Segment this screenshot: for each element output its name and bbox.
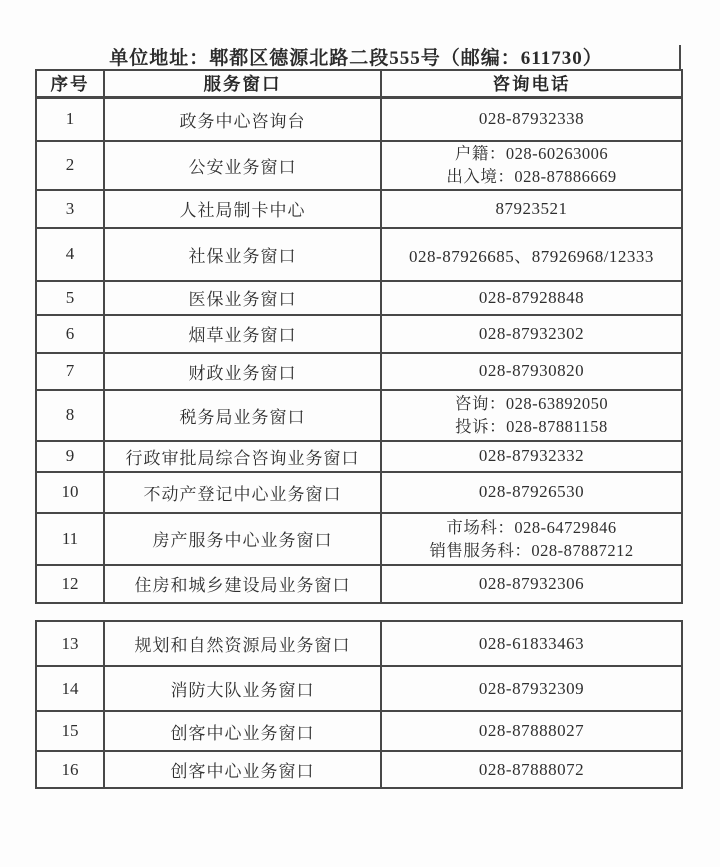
row-number: 2 xyxy=(36,141,104,190)
table-row: 12住房和城乡建设局业务窗口028-87932306 xyxy=(36,565,682,603)
table-row: 11房产服务中心业务窗口市场科：028-64729846销售服务科：028-87… xyxy=(36,513,682,565)
phone-number: 出入境：028-87886669 xyxy=(382,165,681,188)
phone-number: 028-87932309 xyxy=(382,679,681,699)
row-number: 12 xyxy=(36,565,104,603)
service-window-name: 房产服务中心业务窗口 xyxy=(104,513,381,565)
service-window-name: 烟草业务窗口 xyxy=(104,315,381,353)
row-number: 9 xyxy=(36,441,104,472)
phone-cell: 市场科：028-64729846销售服务科：028-87887212 xyxy=(381,513,682,565)
phone-number: 028-87932306 xyxy=(382,574,681,594)
service-window-name: 医保业务窗口 xyxy=(104,281,381,315)
column-header-phone: 咨询电话 xyxy=(381,70,682,98)
table-row: 16创客中心业务窗口028-87888072 xyxy=(36,751,682,788)
service-window-name: 消防大队业务窗口 xyxy=(104,666,381,711)
unit-address-line: 单位地址：郫都区德源北路二段555号（邮编：611730） xyxy=(0,43,712,70)
phone-number: 87923521 xyxy=(382,199,681,219)
phone-number: 咨询：028-63892050 xyxy=(382,392,681,415)
row-number: 3 xyxy=(36,190,104,228)
column-header-number: 序号 xyxy=(36,70,104,98)
phone-number: 028-87888072 xyxy=(382,760,681,780)
phone-cell: 028-87926685、87926968/12333 xyxy=(381,228,682,281)
phone-cell: 028-87888072 xyxy=(381,751,682,788)
phone-number: 市场科：028-64729846 xyxy=(382,516,681,539)
service-window-name: 创客中心业务窗口 xyxy=(104,711,381,751)
phone-cell: 028-87932302 xyxy=(381,315,682,353)
phone-number: 028-87930820 xyxy=(382,361,681,381)
phone-number: 028-87932302 xyxy=(382,324,681,344)
table-row: 1政务中心咨询台028-87932338 xyxy=(36,98,682,141)
phone-number: 028-87926685、87926968/12333 xyxy=(382,242,681,267)
phone-number: 028-87932338 xyxy=(382,109,681,129)
phone-cell: 028-87932338 xyxy=(381,98,682,141)
service-window-name: 财政业务窗口 xyxy=(104,353,381,390)
row-number: 4 xyxy=(36,228,104,281)
phone-cell: 87923521 xyxy=(381,190,682,228)
table-row: 7财政业务窗口028-87930820 xyxy=(36,353,682,390)
row-number: 10 xyxy=(36,472,104,513)
service-window-name: 税务局业务窗口 xyxy=(104,390,381,441)
service-window-name: 行政审批局综合咨询业务窗口 xyxy=(104,441,381,472)
phone-number: 028-87926530 xyxy=(382,482,681,502)
phone-cell: 028-61833463 xyxy=(381,621,682,666)
phone-cell: 028-87932306 xyxy=(381,565,682,603)
phone-number: 户籍：028-60263006 xyxy=(382,142,681,165)
phone-number: 028-61833463 xyxy=(382,634,681,654)
document-page: 单位地址：郫都区德源北路二段555号（邮编：611730） 序号 服务窗口 咨询… xyxy=(0,0,720,867)
service-phone-table-upper: 序号 服务窗口 咨询电话 1政务中心咨询台028-879323382公安业务窗口… xyxy=(35,69,683,604)
table-row: 4社保业务窗口028-87926685、87926968/12333 xyxy=(36,228,682,281)
phone-cell: 028-87932309 xyxy=(381,666,682,711)
phone-cell: 咨询：028-63892050投诉：028-87881158 xyxy=(381,390,682,441)
service-window-name: 规划和自然资源局业务窗口 xyxy=(104,621,381,666)
phone-cell: 028-87930820 xyxy=(381,353,682,390)
service-window-name: 住房和城乡建设局业务窗口 xyxy=(104,565,381,603)
phone-cell: 028-87932332 xyxy=(381,441,682,472)
row-number: 11 xyxy=(36,513,104,565)
phone-cell: 028-87926530 xyxy=(381,472,682,513)
phone-number: 028-87932332 xyxy=(382,446,681,466)
row-number: 5 xyxy=(36,281,104,315)
service-window-name: 社保业务窗口 xyxy=(104,228,381,281)
service-window-name: 创客中心业务窗口 xyxy=(104,751,381,788)
row-number: 8 xyxy=(36,390,104,441)
table-row: 10不动产登记中心业务窗口028-87926530 xyxy=(36,472,682,513)
table-row: 15创客中心业务窗口028-87888027 xyxy=(36,711,682,751)
column-header-service: 服务窗口 xyxy=(104,70,381,98)
phone-number: 投诉：028-87881158 xyxy=(382,415,681,438)
table-row: 9行政审批局综合咨询业务窗口028-87932332 xyxy=(36,441,682,472)
row-number: 7 xyxy=(36,353,104,390)
service-phone-table-lower: 13规划和自然资源局业务窗口028-6183346314消防大队业务窗口028-… xyxy=(35,620,683,789)
phone-number: 028-87928848 xyxy=(382,288,681,308)
row-number: 16 xyxy=(36,751,104,788)
table-row: 14消防大队业务窗口028-87932309 xyxy=(36,666,682,711)
table-row: 2公安业务窗口户籍：028-60263006出入境：028-87886669 xyxy=(36,141,682,190)
table-row: 3人社局制卡中心87923521 xyxy=(36,190,682,228)
service-window-name: 人社局制卡中心 xyxy=(104,190,381,228)
table-row: 6烟草业务窗口028-87932302 xyxy=(36,315,682,353)
phone-number: 028-87888027 xyxy=(382,721,681,741)
row-number: 6 xyxy=(36,315,104,353)
service-window-name: 政务中心咨询台 xyxy=(104,98,381,141)
phone-cell: 户籍：028-60263006出入境：028-87886669 xyxy=(381,141,682,190)
row-number: 14 xyxy=(36,666,104,711)
service-window-name: 公安业务窗口 xyxy=(104,141,381,190)
phone-cell: 028-87928848 xyxy=(381,281,682,315)
phone-number: 销售服务科：028-87887212 xyxy=(382,539,681,562)
table-row: 8税务局业务窗口咨询：028-63892050投诉：028-87881158 xyxy=(36,390,682,441)
table-row: 5医保业务窗口028-87928848 xyxy=(36,281,682,315)
row-number: 13 xyxy=(36,621,104,666)
service-window-name: 不动产登记中心业务窗口 xyxy=(104,472,381,513)
phone-cell: 028-87888027 xyxy=(381,711,682,751)
table-header-row: 序号 服务窗口 咨询电话 xyxy=(36,70,682,98)
row-number: 15 xyxy=(36,711,104,751)
row-number: 1 xyxy=(36,98,104,141)
table-border-stub xyxy=(679,45,681,71)
table-row: 13规划和自然资源局业务窗口028-61833463 xyxy=(36,621,682,666)
